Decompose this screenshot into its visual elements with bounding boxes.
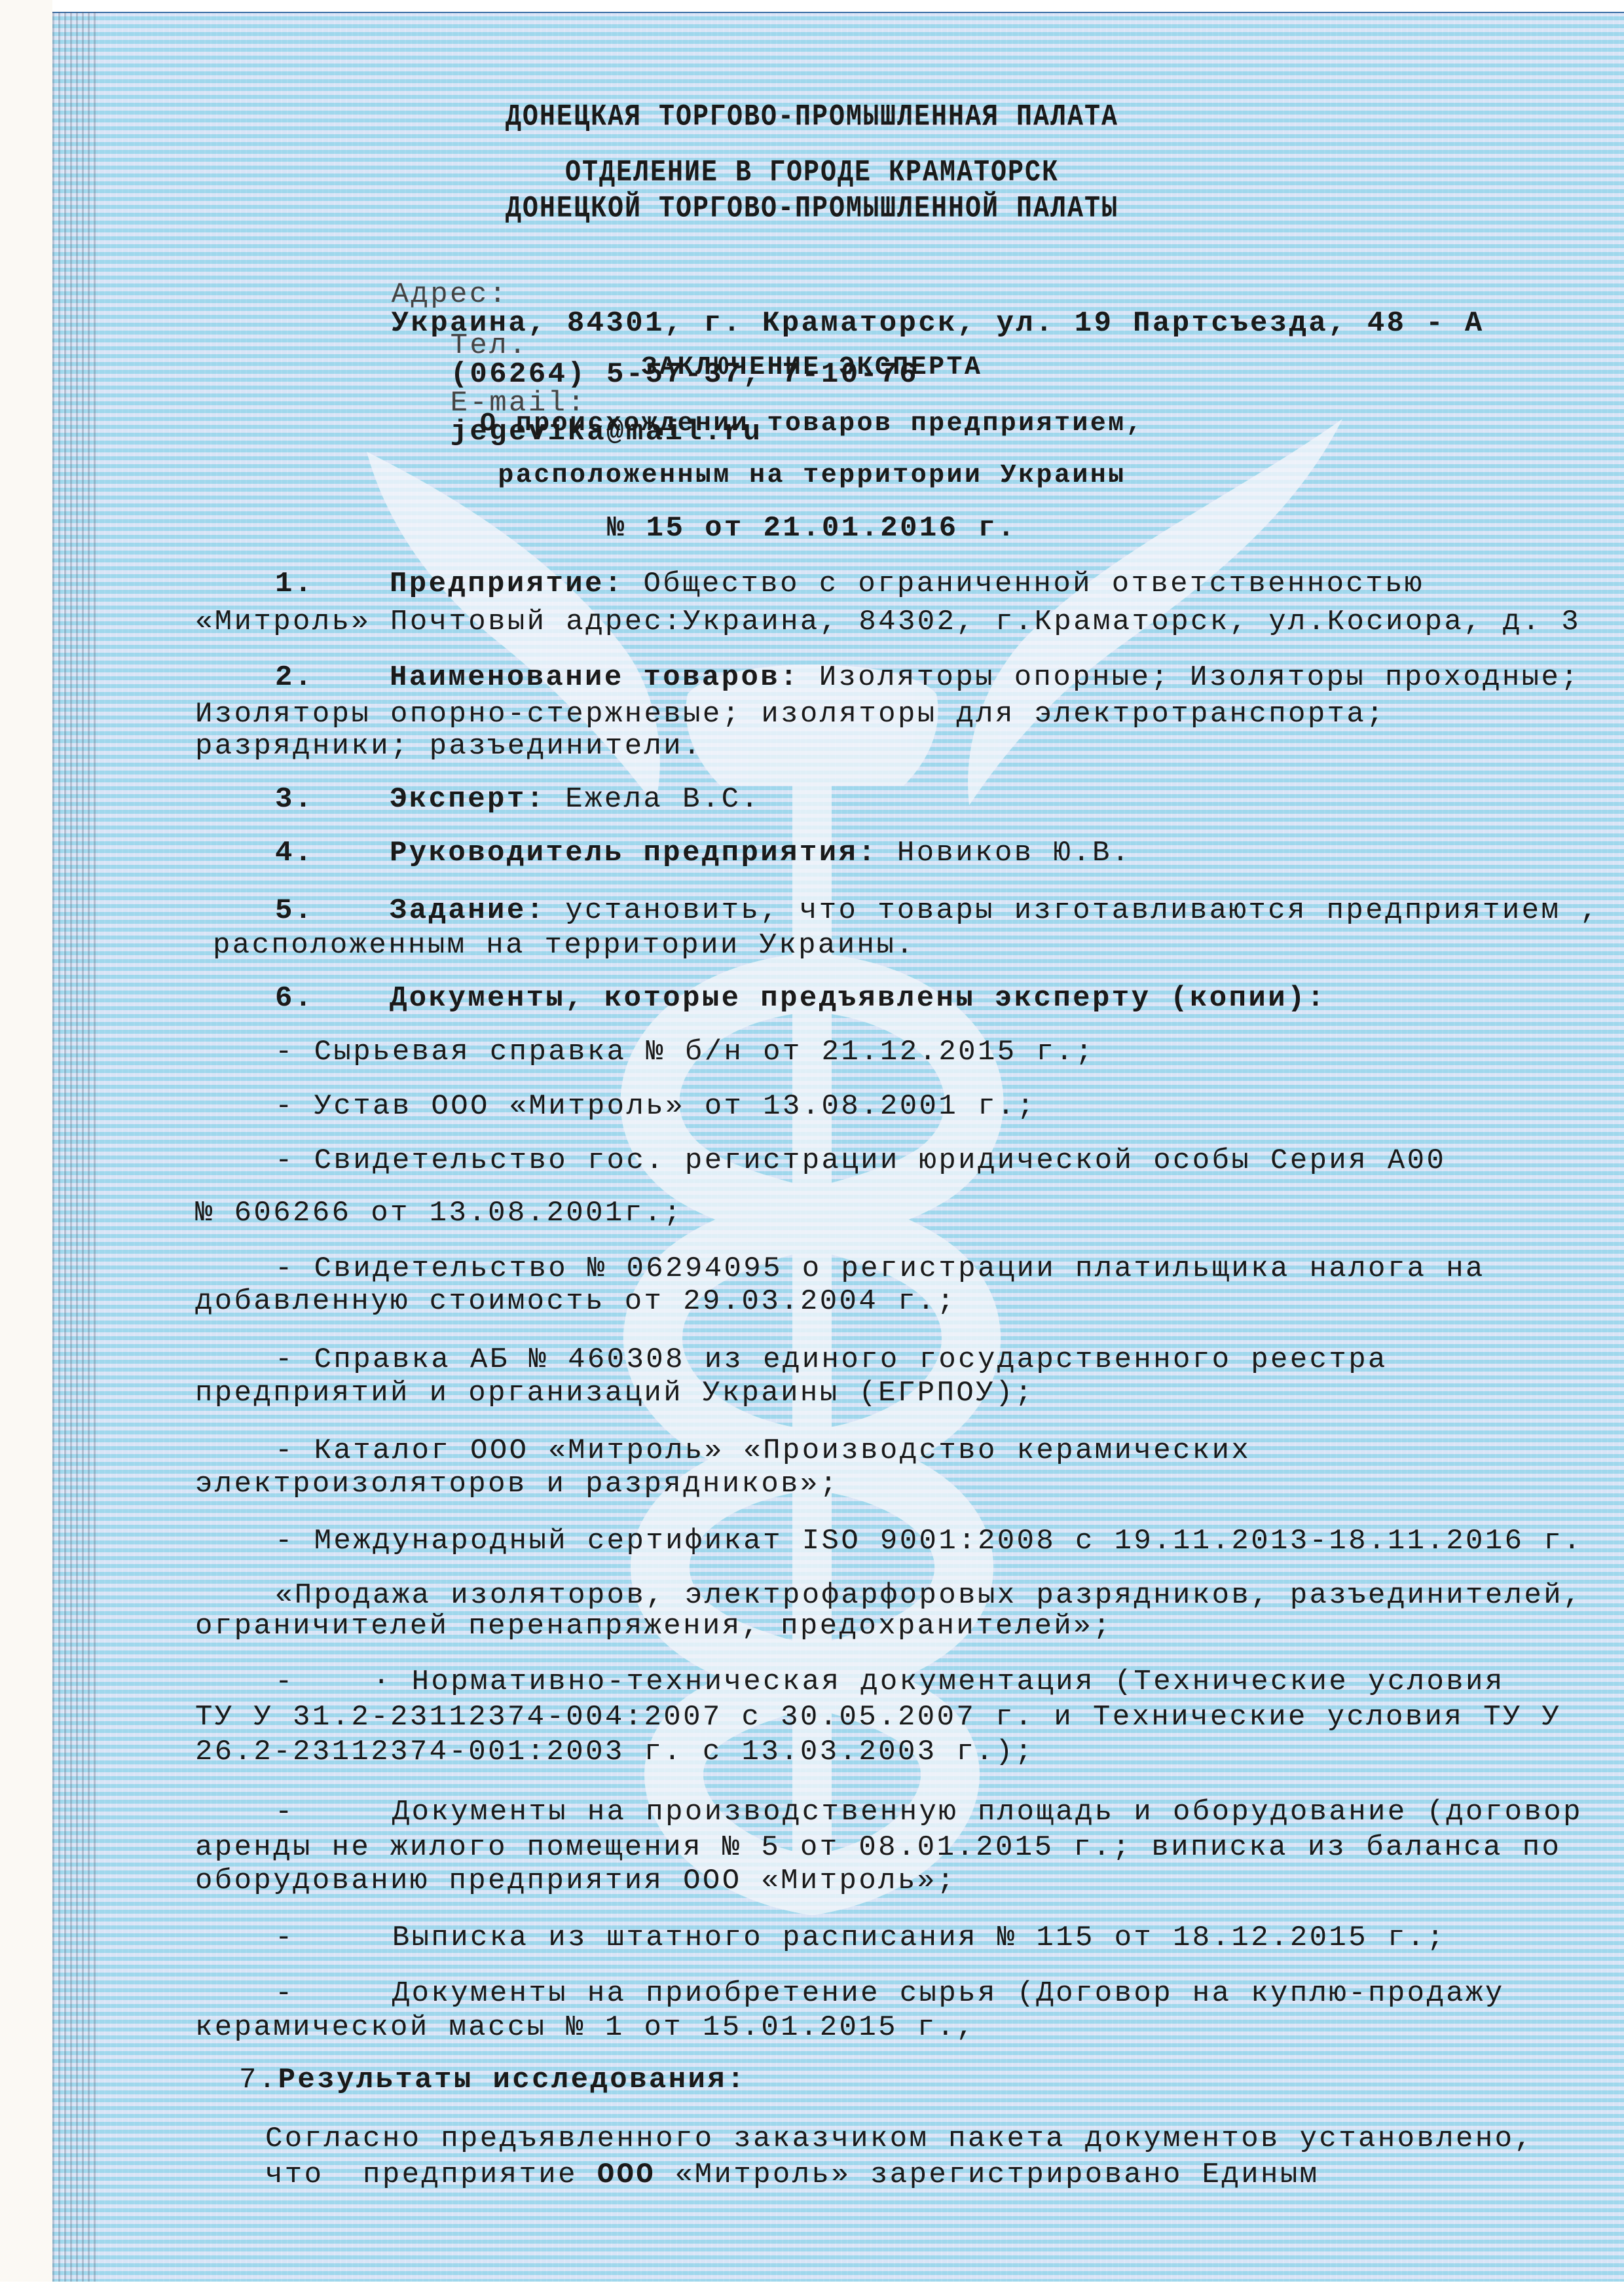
- section-7: 7.Результаты исследования:: [239, 2066, 747, 2094]
- document-item-4-line2: добавленную стоимость от 29.03.2004 г.;: [195, 1287, 956, 1316]
- document-item-5: - Справка АБ № 460308 из единого государ…: [275, 1345, 1388, 1374]
- section-5-label: Задание:: [390, 894, 545, 927]
- document-item-9-line2: аренды не жилого помещения № 5 от 08.01.…: [195, 1833, 1561, 1862]
- document-item-1: - Сырьевая справка № б/н от 21.12.2015 г…: [275, 1038, 1095, 1066]
- section-4-number: 4.: [275, 839, 314, 867]
- document-item-6: - Каталог ООО «Митроль» «Производство ке…: [275, 1436, 1251, 1465]
- section-1-value-line2: «Митроль» Почтовый адрес:Украина, 84302,…: [195, 608, 1581, 636]
- document-item-11-line2: керамической массы № 1 от 15.01.2015 г.,: [195, 2013, 976, 2042]
- org-name-line2: ОТДЕЛЕНИЕ В ГОРОДЕ КРАМАТОРСК: [0, 158, 1624, 189]
- org-name-line1: ДОНЕЦКАЯ ТОРГОВО-ПРОМЫШЛЕННАЯ ПАЛАТА: [0, 103, 1624, 133]
- document-item-4: - Свидетельство № 06294095 о регистрации…: [275, 1254, 1485, 1283]
- section-6-label: Документы, которые предъявлены эксперту …: [390, 984, 1327, 1013]
- results-line2: что предприятие ООО «Митроль» зарегистри…: [265, 2160, 1319, 2189]
- section-4-label: Руководитель предприятия:: [390, 837, 877, 869]
- document-item-8-line3: 26.2-23112374-001:2003 г. с 13.03.2003 г…: [195, 1738, 1035, 1766]
- section-4: Руководитель предприятия: Новиков Ю.В.: [390, 839, 1132, 867]
- section-1-label: Предприятие:: [390, 568, 624, 600]
- results-line2-prefix: что предприятие: [265, 2159, 597, 2191]
- document-item-3: - Свидетельство гос. регистрации юридиче…: [275, 1146, 1446, 1175]
- document-item-10: - Выписка из штатного расписания № 115 о…: [275, 1923, 1446, 1952]
- document-item-8-line2: ТУ У 31.2-23112374-004:2007 с 30.05.2007…: [195, 1703, 1561, 1732]
- section-6-number: 6.: [275, 984, 314, 1013]
- section-5: Задание: установить, что товары изготавл…: [390, 896, 1600, 925]
- document-item-9: - Документы на производственную площадь …: [275, 1798, 1583, 1827]
- section-3: Эксперт: Ежела В.С.: [390, 785, 760, 814]
- section-2-value-line2: Изоляторы опорно-стержневые; изоляторы д…: [195, 700, 1386, 729]
- org-name-line3: ДОНЕЦКОЙ ТОРГОВО-ПРОМЫШЛЕННОЙ ПАЛАТЫ: [0, 194, 1624, 225]
- document-item-3-line2: № 606266 от 13.08.2001г.;: [195, 1199, 683, 1228]
- document-number: № 15 от 21.01.2016 г.: [0, 514, 1624, 543]
- section-5-number: 5.: [275, 896, 314, 925]
- document-item-9-line3: оборудованию предприятия ООО «Митроль»;: [195, 1867, 956, 1895]
- section-2-label: Наименование товаров:: [390, 661, 800, 694]
- scan-bottom-margin: [0, 2282, 1624, 2296]
- document-subtitle-line2: расположенным на территории Украины: [0, 463, 1624, 489]
- section-5-value-line2: расположенным на территории Украины.: [213, 931, 915, 960]
- scan-binding-edge: [52, 12, 98, 2282]
- document-title: ЗАКЛЮЧЕНИЕ ЭКСПЕРТА: [0, 355, 1624, 381]
- document-subtitle-line1: О происхождении товаров предприятием,: [0, 411, 1624, 437]
- results-line2-suffix: «Митроль» зарегистрировано Единым: [655, 2159, 1319, 2191]
- scan-left-margin: [0, 0, 52, 2296]
- results-line1: Согласно предъявленного заказчиком пакет…: [265, 2124, 1534, 2153]
- section-2: Наименование товаров: Изоляторы опорные;…: [390, 663, 1580, 692]
- document-item-11: - Документы на приобретение сырья (Догов…: [275, 1979, 1505, 2008]
- document-item-7: - Международный сертификат ISO 9001:2008…: [275, 1527, 1583, 1556]
- results-company-type: ООО: [597, 2159, 655, 2191]
- section-3-label: Эксперт:: [390, 783, 545, 816]
- section-1-number: 1.: [275, 570, 314, 598]
- document-item-5-line2: предприятий и организаций Украины (ЕГРПО…: [195, 1379, 1035, 1408]
- section-5-value: установить, что товары изготавливаются п…: [565, 894, 1600, 927]
- section-1: Предприятие: Общество с ограниченной отв…: [390, 570, 1424, 598]
- section-7-label: Результаты исследования:: [278, 2064, 747, 2096]
- section-3-value: Ежела В.С.: [565, 783, 760, 816]
- section-1-value: Общество с ограниченной ответственностью: [643, 568, 1424, 600]
- section-4-value: Новиков Ю.В.: [897, 837, 1132, 869]
- document-item-8: - · Нормативно-техническая документация …: [275, 1667, 1505, 1696]
- section-2-number: 2.: [275, 663, 314, 692]
- section-3-number: 3.: [275, 785, 314, 814]
- document-item-7-line2: «Продажа изоляторов, электрофарфоровых р…: [275, 1581, 1583, 1610]
- section-2-value-line3: разрядники; разъединители.: [195, 732, 703, 761]
- section-7-number: 7.: [239, 2064, 278, 2096]
- document-item-7-line3: ограничителей перенапряжения, предохрани…: [195, 1612, 1113, 1641]
- document-item-2: - Устав ООО «Митроль» от 13.08.2001 г.;: [275, 1092, 1036, 1121]
- document-item-6-line2: электроизоляторов и разрядников»;: [195, 1470, 840, 1499]
- section-2-value: Изоляторы опорные; Изоляторы проходные;: [819, 661, 1580, 694]
